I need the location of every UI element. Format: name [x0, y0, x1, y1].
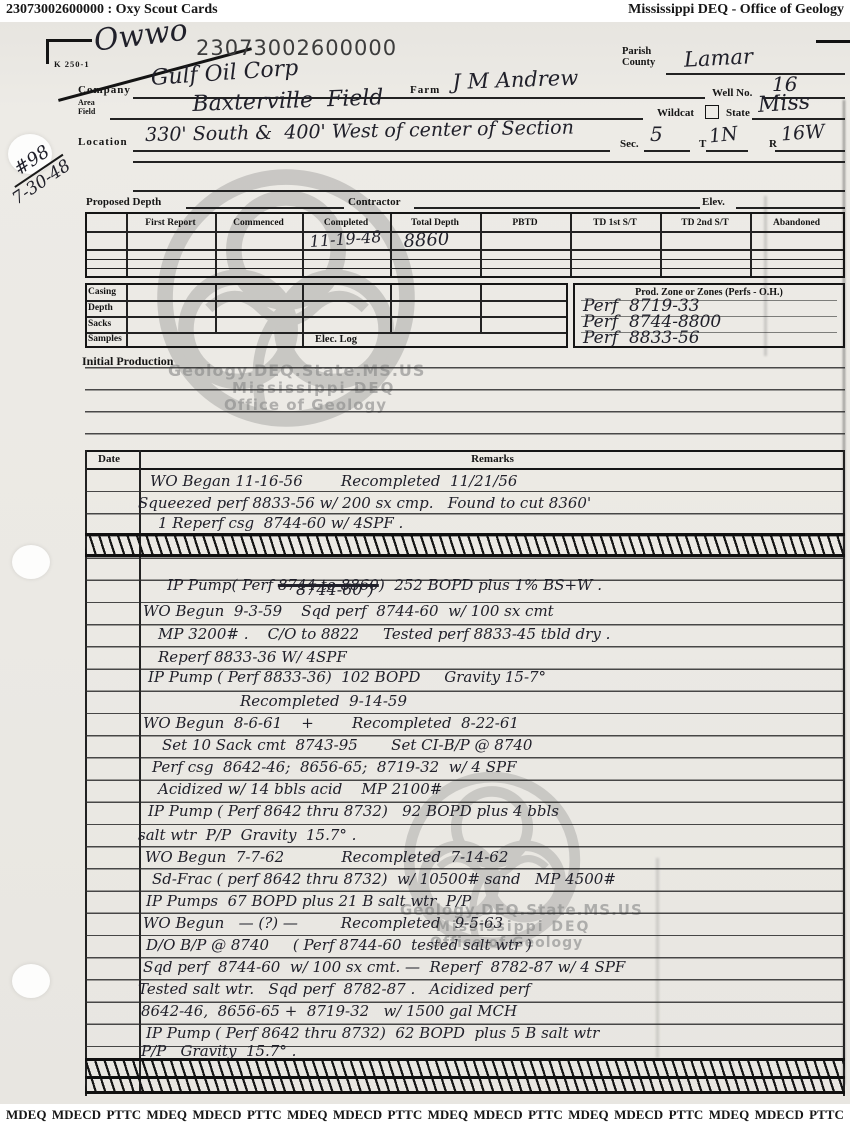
parish-underline	[666, 73, 845, 75]
sec-label: Sec.	[620, 138, 639, 150]
sec-value: 5	[650, 122, 663, 146]
farm-label: Farm	[410, 84, 440, 96]
footer-token: MDEQ	[147, 1107, 187, 1123]
remark-line: Sqd perf 8744-60 w/ 100 sx cmt. — Reperf…	[143, 958, 625, 976]
parish-label: Parish County	[622, 46, 655, 68]
location-underline	[133, 150, 610, 152]
contractor-label: Contractor	[348, 196, 401, 208]
remark-line: WO Begun — (?) — Recompleted 9-5-63	[143, 914, 503, 932]
ip-line-prefix: IP Pump( Perf	[167, 576, 278, 594]
form-code: K 250-1	[54, 59, 90, 69]
remark-line: Tested salt wtr. Sqd perf 8782-87 . Acid…	[138, 980, 530, 998]
hatch-band-lower	[85, 1058, 845, 1094]
proposed-depth-label: Proposed Depth	[86, 196, 161, 208]
farm-underline	[445, 97, 705, 99]
remarks-column-header: Remarks	[140, 453, 845, 465]
header-left-title: 23073002600000 : Oxy Scout Cards	[6, 2, 218, 18]
wildcat-label: Wildcat	[657, 107, 694, 119]
proposed-depth-line	[186, 207, 344, 209]
remark-line: Perf csg 8642-46; 8656-65; 8719-32 w/ 4 …	[152, 758, 516, 776]
remark-line: WO Begun 7-7-62 Recompleted 7-14-62	[145, 848, 508, 866]
parish-value: Lamar	[683, 44, 753, 72]
row-divider	[87, 231, 843, 233]
row-label-casing: Casing	[88, 287, 126, 297]
footer-token: PTTC	[809, 1107, 844, 1123]
col-header-td-2nd: TD 2nd S/T	[660, 218, 750, 228]
scan-edge-dash	[816, 40, 850, 43]
prod-zone-entry: Perf 8833-56	[583, 328, 700, 348]
remark-line: Reperf 8833-36 W/ 4SPF	[158, 648, 347, 666]
range-underline	[775, 150, 845, 152]
owwo-tick-vertical	[46, 40, 49, 64]
punch-hole-middle	[12, 545, 50, 579]
footer-token: MDEQ	[568, 1107, 608, 1123]
remark-line: IP Pump ( Perf 8642 thru 8732) 62 BOPD p…	[146, 1024, 599, 1042]
footer-token: MDEQ	[287, 1107, 327, 1123]
remark-line: IP Pumps 67 BOPD plus 21 B salt wtr P/P	[146, 892, 471, 910]
footer-token: PTTC	[247, 1107, 282, 1123]
col-divider	[390, 285, 392, 332]
header-right-title: Mississippi DEQ - Office of Geology	[628, 2, 844, 18]
remark-line: IP Pump ( Perf 8833-36) 102 BOPD Gravity…	[148, 668, 546, 686]
remark-line: Acidized w/ 14 bbls acid MP 2100#	[158, 780, 442, 798]
row-label-depth: Depth	[88, 303, 126, 313]
sec-underline	[644, 150, 690, 152]
state-underline	[752, 118, 845, 120]
footer-token: MDECD	[333, 1107, 382, 1123]
col-header-first-report: First Report	[126, 218, 215, 228]
row-divider	[87, 259, 843, 260]
blank-line-2	[133, 190, 845, 192]
owwo-tick-horizontal	[46, 39, 92, 42]
remark-line: 8642-46, 8656-65 + 8719-32 w/ 1500 gal M…	[141, 1002, 517, 1020]
remark-line: salt wtr P/P Gravity 15.7° .	[138, 826, 356, 844]
remark-line: Set 10 Sack cmt 8743-95 Set CI-B/P @ 874…	[162, 736, 532, 754]
range-label: R	[769, 138, 777, 150]
elev-line	[736, 207, 845, 209]
footer-token: MDECD	[192, 1107, 241, 1123]
location-label: Location	[78, 136, 128, 148]
company-label: Company	[78, 84, 131, 96]
remark-line: MP 3200# . C/O to 8822 Tested perf 8833-…	[158, 625, 610, 643]
footer-token: MDECD	[755, 1107, 804, 1123]
blank-line-1	[133, 161, 845, 163]
state-value: Miss	[757, 89, 811, 118]
remark-line: 8744-60 )	[296, 580, 374, 599]
remark-line: Recompleted 9-14-59	[240, 692, 407, 710]
row-label-sacks: Sacks	[88, 319, 126, 329]
col-header-abandoned: Abandoned	[750, 218, 843, 228]
initial-production-rules	[85, 367, 845, 437]
prod-zone-box: Prod. Zone or Zones (Perfs - O.H.) Perf …	[573, 283, 845, 348]
remark-line: Squeezed perf 8833-56 w/ 200 sx cmp. Fou…	[138, 494, 591, 512]
contractor-line	[414, 207, 700, 209]
elec-log-label: Elec. Log	[315, 334, 385, 345]
wildcat-checkbox	[705, 105, 719, 119]
col-header-pbtd: PBTD	[480, 218, 570, 228]
footer-token: PTTC	[669, 1107, 704, 1123]
remark-line: WO Began 11-16-56 Recompleted 11/21/56	[150, 472, 517, 490]
remark-line: Sd-Frac ( perf 8642 thru 8732) w/ 10500#…	[152, 870, 616, 888]
punch-hole-bottom	[12, 964, 50, 998]
township-value: 1N	[708, 123, 739, 148]
date-column-header: Date	[98, 453, 120, 465]
footer-strip: MDEQ MDECD PTTC MDEQ MDECD PTTC MDEQ MDE…	[0, 1104, 850, 1126]
state-label: State	[726, 107, 750, 119]
footer-token: MDEQ	[428, 1107, 468, 1123]
scout-card-page: 23073002600000 : Oxy Scout Cards Mississ…	[0, 0, 850, 1126]
col-header-commenced: Commenced	[215, 218, 302, 228]
remark-line: WO Begun 9-3-59 Sqd perf 8744-60 w/ 100 …	[143, 602, 554, 620]
casing-table: Casing Depth Sacks Samples Elec. Log	[85, 283, 568, 348]
hatch-band-middle-line	[85, 1076, 845, 1079]
footer-token: MDEQ	[6, 1107, 46, 1123]
col-divider	[302, 285, 304, 346]
total-depth-value: 8860	[403, 229, 450, 252]
elev-label: Elev.	[702, 196, 725, 208]
footer-token: MDECD	[474, 1107, 523, 1123]
row-divider	[87, 268, 843, 269]
col-divider	[215, 285, 217, 332]
footer-token: MDECD	[614, 1107, 663, 1123]
well-no-label: Well No.	[712, 87, 752, 99]
township-underline	[706, 150, 748, 152]
remark-line: 1 Reperf csg 8744-60 w/ 4SPF .	[158, 514, 403, 532]
field-label: Area Field	[78, 99, 95, 116]
range-value: 16W	[780, 121, 825, 146]
farm-value: J M Andrew	[452, 66, 579, 94]
ip-line-suffix: ) 252 BOPD plus 1% BS+W .	[379, 576, 602, 594]
completion-table: First Report Commenced Completed Total D…	[85, 212, 845, 278]
row-label-samples: Samples	[88, 334, 130, 344]
row-divider	[87, 316, 566, 318]
row-divider	[87, 249, 843, 251]
footer-token: PTTC	[388, 1107, 423, 1123]
footer-token: MDECD	[52, 1107, 101, 1123]
row-divider	[87, 300, 566, 302]
remark-line: WO Begun 8-6-61 + Recompleted 8-22-61	[143, 714, 519, 732]
col-header-total-depth: Total Depth	[390, 218, 480, 228]
footer-token: PTTC	[528, 1107, 563, 1123]
col-header-td-1st: TD 1st S/T	[570, 218, 660, 228]
col-divider	[480, 285, 482, 332]
township-label: T	[699, 138, 706, 150]
hatch-band-upper	[85, 533, 845, 557]
footer-token: MDEQ	[709, 1107, 749, 1123]
remark-line: IP Pump ( Perf 8642 thru 8732) 92 BOPD p…	[148, 802, 559, 820]
completed-date-value: 11-19-48	[309, 227, 382, 251]
footer-token: PTTC	[106, 1107, 141, 1123]
remark-line: D/O B/P @ 8740 ( Perf 8744-60 tested sal…	[146, 936, 532, 954]
